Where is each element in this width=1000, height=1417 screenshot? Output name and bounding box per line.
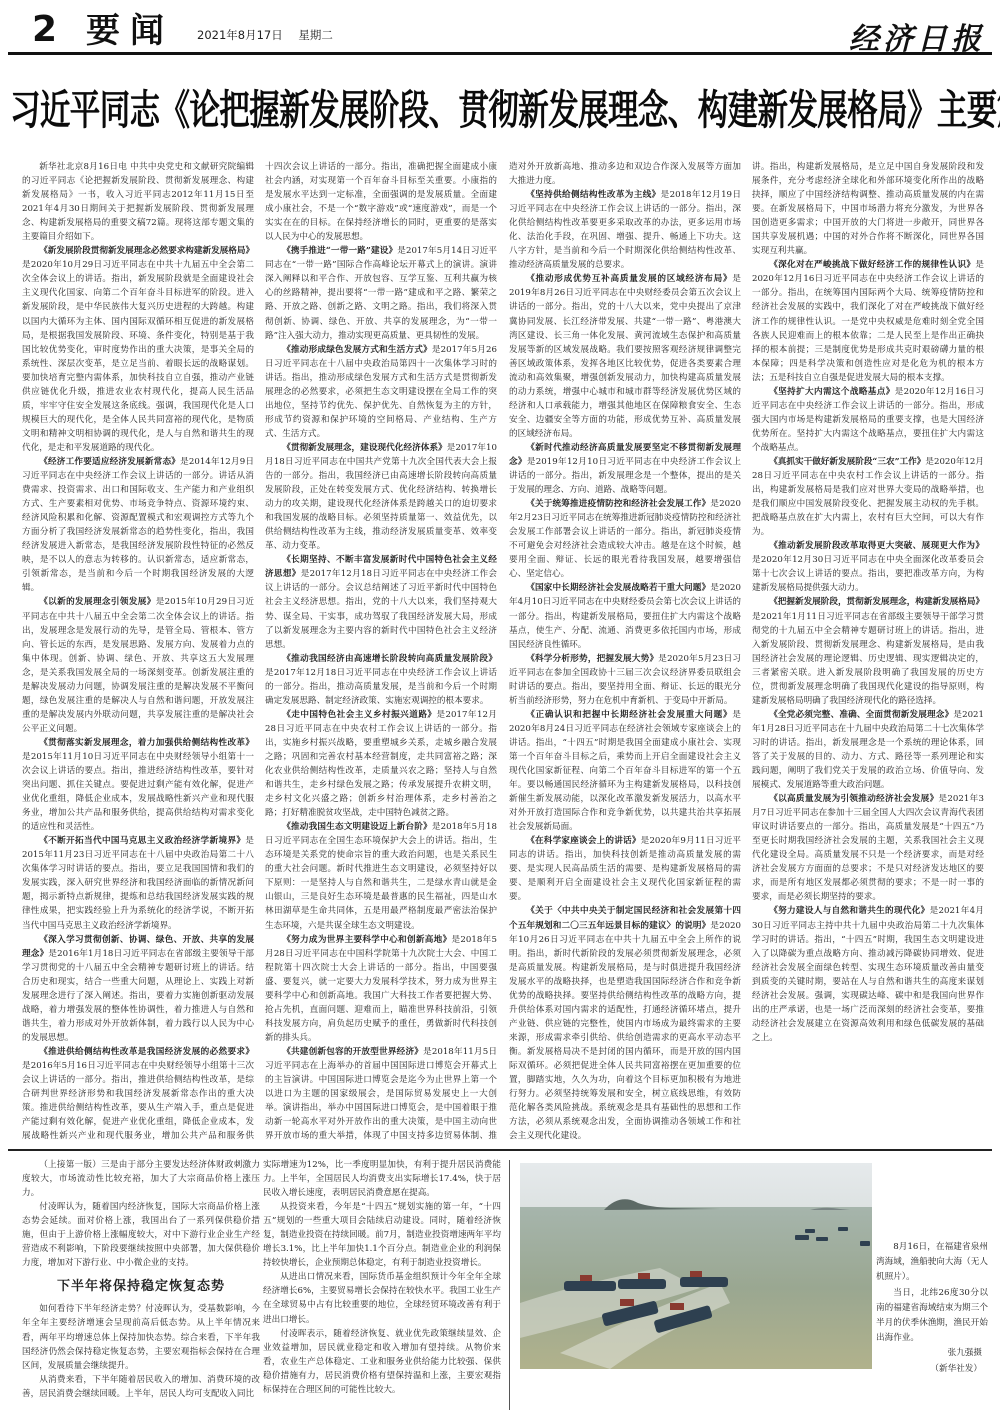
article-paragraph: 《努力建设人与自然和谐共生的现代化》是2021年4月30日习近平同志主持中共十九… (752, 904, 984, 1044)
article-paragraph: 《携手推进“一带一路”建设》是2017年5月14日习近平同志在“一带一路”国际合… (265, 244, 497, 342)
article-paragraph: 如何看待下半年经济走势？付凌晖认为，受基数影响，今年全年主要经济增速会呈现前高后… (22, 1302, 260, 1372)
article-paragraph: 《长期坚持、不断丰富发展新时代中国特色社会主义经济思想》是2017年12月18日… (265, 553, 497, 651)
article-column-2: 十四次会议上讲话的一部分。指出，准确把握全面建成小康社会内涵，对实现第一个百年奋… (265, 160, 497, 1140)
article-paragraph: 《深入学习贯彻创新、协调、绿色、开放、共享的发展理念》是2016年1月18日习近… (22, 933, 254, 1045)
section-divider (8, 1149, 992, 1151)
article-paragraph: 讲。指出，构建新发展格局，是立足中国自身发展阶段和发展条件，充分考虑经济全球化和… (752, 160, 984, 258)
article-paragraph: 《全党必须完整、准确、全面贯彻新发展理念》是2021年1月28日习近平同志在十九… (752, 708, 984, 792)
article-paragraph: 《推进供给侧结构性改革是我国经济发展的必然要求》是2016年5月16日习近平同志… (22, 1045, 254, 1140)
issue-date: 2021年8月17日 (197, 28, 283, 42)
article-paragraph: 《以高质量发展为引领推动经济社会发展》是2021年3月7日习近平同志在参加十三届… (752, 792, 984, 904)
article-paragraph: 《贯彻新发展理念，建设现代化经济体系》是2017年10月18日习近平同志在中国共… (265, 441, 497, 553)
article-paragraph: 从投资来看，今年是“十四五”规划实施的第一年，“十四五”规划的一些重大项目会陆续… (263, 1200, 501, 1270)
article-paragraph: 实际增速为12%，比一季度明显加快，有利于提升居民消费能力。上半年，全国居民人均… (263, 1158, 501, 1200)
article-paragraph: 《以新的发展理念引领发展》是2015年10月29日习近平同志在中共十八届五中全会… (22, 595, 254, 735)
article-paragraph: 从消费来看，下半年随着居民收入的增加、消费环境的改善，居民消费会继续回暖。上半年… (22, 1373, 260, 1401)
article-paragraph: 《推动我国经济由高速增长阶段转向高质量发展阶段》是2017年12月18日习近平同… (265, 652, 497, 708)
article-paragraph: 从进出口情况来看，国际货币基金组织预计今年全年全球经济增长6%，主要贸易增长会保… (263, 1270, 501, 1326)
article-paragraph: 《共建创新包容的开放型世界经济》是2018年11月5日习近平同志在上海举办的首届… (265, 1045, 497, 1140)
article-paragraph: 《把握新发展阶段，贯彻新发展理念，构建新发展格局》是2021年1月11日习近平同… (752, 595, 984, 707)
header-rule (8, 52, 992, 55)
fishing-boats-illustration (520, 1163, 872, 1369)
article-paragraph: 《科学分析形势，把握发展大势》是2020年5月23日习近平同志在参加全国政协十三… (509, 652, 741, 708)
article-paragraph: 《推动我国生态文明建设迈上新台阶》是2018年5月18日习近平同志在全国生态环境… (265, 820, 497, 932)
lower-article-column-2: 实际增速为12%，比一季度明显加快，有利于提升居民消费能力。上半年，全国居民人均… (263, 1158, 501, 1397)
photo-agency: （新华社发） (876, 1362, 988, 1377)
section-name: 要闻 (86, 11, 174, 51)
article-paragraph: 《新发展阶段贯彻新发展理念必然要求构建新发展格局》是2020年10月29日习近平… (22, 244, 254, 455)
column-divider (509, 1160, 510, 1410)
article-paragraph: （上接第一版）三是由于部分主要发达经济体财政刺激力度较大，市场流动性比较充裕，加… (22, 1158, 260, 1200)
main-article: 新华社北京8月16日电 中共中央党史和文献研究院编辑的习近平同志《论把握新发展阶… (22, 160, 984, 1140)
article-paragraph: 《坚持供给侧结构性改革为主线》是2018年12月19日习近平同志在中央经济工作会… (509, 188, 741, 272)
main-headline: 习近平同志《论把握新发展阶段、贯彻新发展理念、构建新发展格局》主要篇目介绍 (10, 69, 990, 155)
article-paragraph: 当日，北纬26度30分以南的福建省海域结束为期三个半月的伏季休渔期，渔民开始出海… (876, 1286, 988, 1347)
article-paragraph: 《经济工作要适应经济发展新常态》是2014年12月9日习近平同志在中央经济工作会… (22, 455, 254, 595)
article-paragraph: 《坚持扩大内需这个战略基点》是2020年12月16日习近平同志在中央经济工作会议… (752, 385, 984, 455)
article-paragraph: 十四次会议上讲话的一部分。指出，准确把握全面建成小康社会内涵，对实现第一个百年奋… (265, 160, 497, 244)
page-number: 2 (32, 10, 57, 50)
article-paragraph: 付凌晖认为，随着国内经济恢复，国际大宗商品价格上涨态势会延续。面对价格上涨，我国… (22, 1200, 260, 1270)
photo-caption: 8月16日，在福建省泉州湾海域，渔船驶向大海（无人机照片）。当日，北纬26度30… (876, 1240, 988, 1377)
article-paragraph: 《努力成为世界主要科学中心和创新高地》是2018年5月28日习近平同志在中国科学… (265, 933, 497, 1045)
masthead: 2 要闻 2021年8月17日 星期二 经济日报 (0, 0, 1000, 58)
article-paragraph: 《贯彻落实新发展理念，着力加强供给侧结构性改革》是2015年11月10日习近平同… (22, 736, 254, 834)
article-paragraph: 《新时代推动经济高质量发展要坚定不移贯彻新发展理念》是2019年12月10日习近… (509, 441, 741, 497)
article-paragraph: 《在科学家座谈会上的讲话》是2020年9月11日习近平同志的讲话。指出，加快科技… (509, 834, 741, 904)
article-column-4: 讲。指出，构建新发展格局，是立足中国自身发展阶段和发展条件，充分考虑经济全球化和… (752, 160, 984, 1140)
article-paragraph: 造对外开放新高地、推动多边和双边合作深入发展等方面加大推进力度。 (509, 160, 741, 188)
lower-subheading: 下半年将保持稳定恢复态势 (22, 1280, 260, 1294)
news-photo-fishing-boats (520, 1163, 872, 1369)
article-paragraph: 《关于〈中共中央关于制定国民经济和社会发展第十四个五年规划和二〇三五年远景目标的… (509, 904, 741, 1140)
article-paragraph: 《关于统筹推进疫情防控和经济社会发展工作》是2020年2月23日习近平同志在统筹… (509, 497, 741, 581)
lower-article-column-1: （上接第一版）三是由于部分主要发达经济体财政刺激力度较大，市场流动性比较充裕，加… (22, 1158, 260, 1401)
article-paragraph: 付凌晖表示，随着经济恢复、就业优先政策继续显效、企业效益增加，居民就业稳定和收入… (263, 1327, 501, 1397)
article-paragraph: 新华社北京8月16日电 中共中央党史和文献研究院编辑的习近平同志《论把握新发展阶… (22, 160, 254, 244)
article-paragraph: 《真抓实干做好新发展阶段“三农”工作》是2020年12月28日习近平同志在中央农… (752, 455, 984, 539)
article-column-1: 新华社北京8月16日电 中共中央党史和文献研究院编辑的习近平同志《论把握新发展阶… (22, 160, 254, 1140)
date-line: 2021年8月17日 星期二 (197, 27, 345, 43)
article-paragraph: 《推动新发展阶段改革取得更大突破、展现更大作为》是2020年12月30日习近平同… (752, 539, 984, 595)
article-paragraph: 8月16日，在福建省泉州湾海域，渔船驶向大海（无人机照片）。 (876, 1240, 988, 1286)
article-paragraph: 《不断开拓当代中国马克思主义政治经济学新境界》是2015年11月23日习近平同志… (22, 834, 254, 932)
photo-credit: 张九强摄 (876, 1346, 988, 1361)
issue-weekday: 星期二 (298, 28, 333, 42)
article-paragraph: 《正确认识和把握中长期经济社会发展重大问题》是2020年8月24日习近平同志在经… (509, 708, 741, 834)
article-paragraph: 《推动形成优势互补高质量发展的区域经济布局》是2019年8月26日习近平同志在中… (509, 272, 741, 441)
article-paragraph: 《国家中长期经济社会发展战略若干重大问题》是2020年4月10日习近平同志在中央… (509, 581, 741, 651)
article-paragraph: 《推动形成绿色发展方式和生活方式》是2017年5月26日习近平同志在十八届中央政… (265, 343, 497, 441)
article-paragraph: 《深化对在严峻挑战下做好经济工作的规律性认识》是2020年12月16日习近平同志… (752, 258, 984, 384)
article-paragraph: 《走中国特色社会主义乡村振兴道路》是2017年12月28日习近平同志在中央农村工… (265, 708, 497, 820)
article-column-3: 造对外开放新高地、推动多边和双边合作深入发展等方面加大推进力度。《坚持供给侧结构… (509, 160, 741, 1140)
